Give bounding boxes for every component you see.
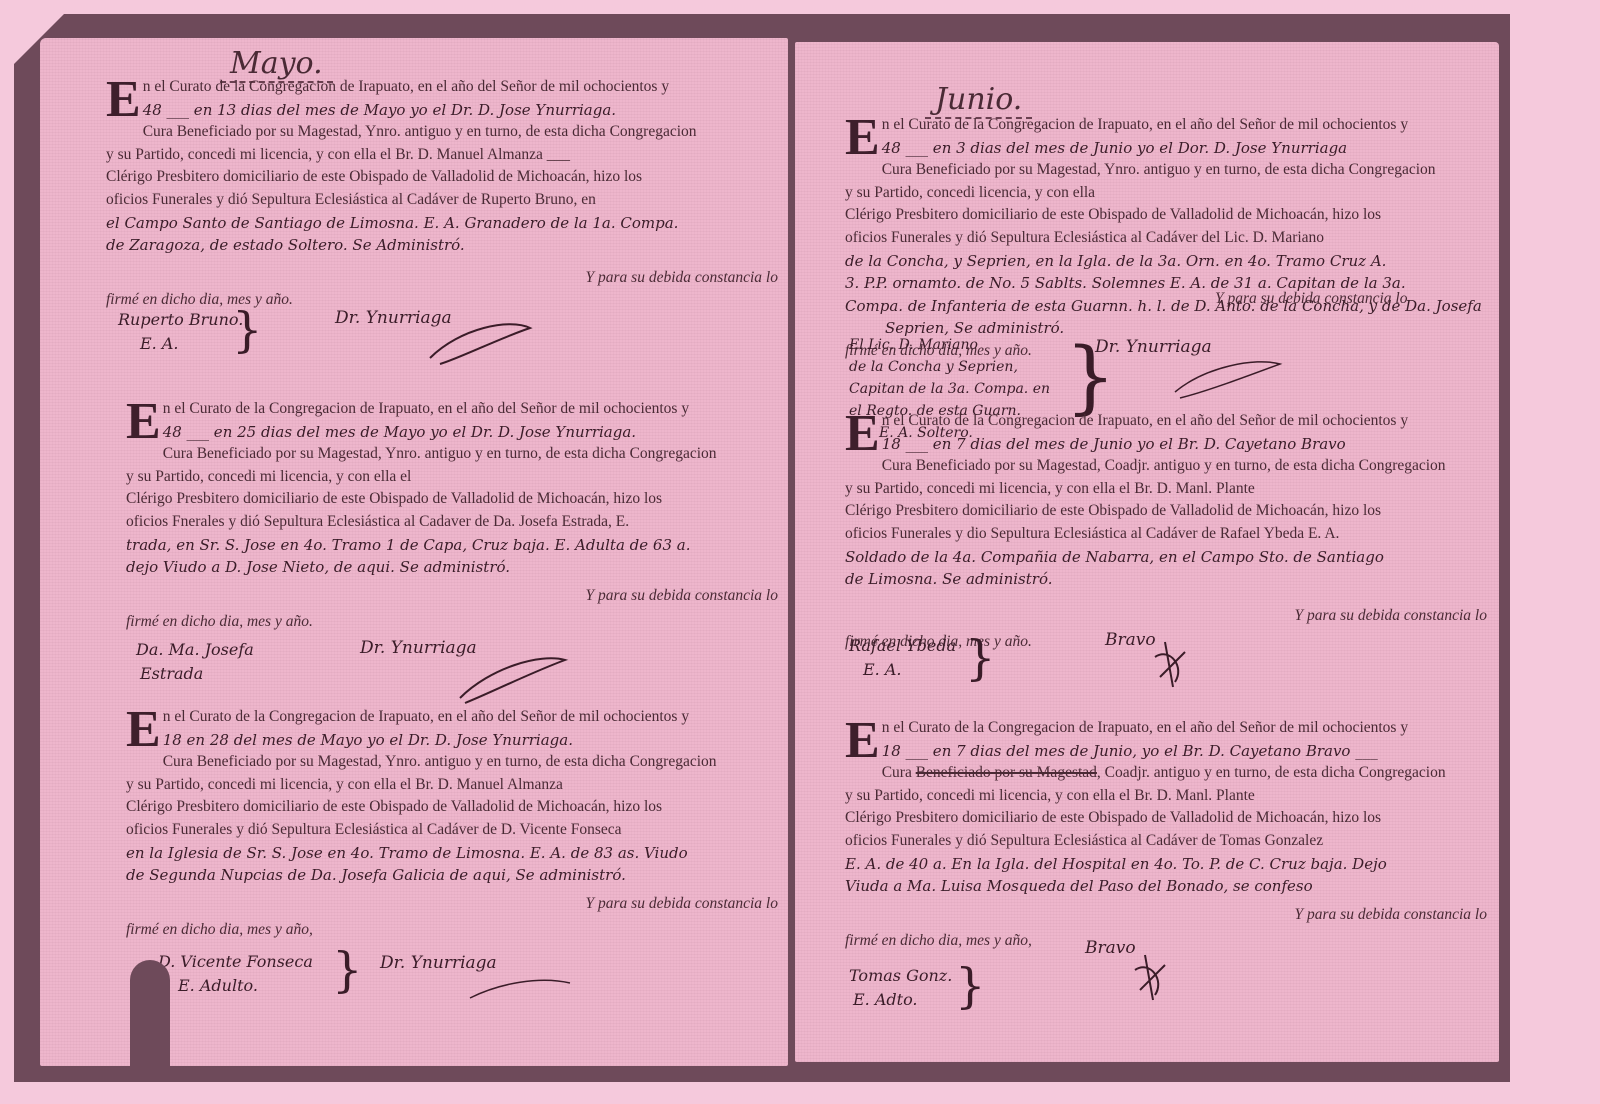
brace: }	[965, 634, 996, 682]
witness-signature: D. Vicente Fonseca E. Adulto.	[158, 950, 313, 998]
entry-line: 48 ___ en 13 dias del mes de Mayo yo el …	[106, 99, 786, 122]
entry-line: de Segunda Nupcias de Da. Josefa Galicia…	[126, 864, 786, 887]
entry-line: de Limosna. Se administró.	[845, 568, 1495, 591]
entry-line: n el Curato de la Congregacion de Irapua…	[845, 410, 1495, 433]
entry-line: oficios Funerales y dio Sepultura Eclesi…	[845, 523, 1495, 546]
burial-entry-1: E n el Curato de la Congregacion de Irap…	[845, 114, 1495, 363]
drop-cap: E	[845, 719, 880, 763]
entry-line: E. A. de 40 a. En la Igla. del Hospital …	[845, 853, 1495, 876]
entry-line: Clérigo Presbitero domiciliario de este …	[845, 807, 1495, 830]
drop-cap: E	[126, 400, 161, 444]
entry-line: y su Partido, concedi mi licencia, y con…	[106, 144, 786, 167]
entry-line: 18 ___ en 7 dias del mes de Junio yo el …	[845, 433, 1495, 456]
drop-cap: E	[126, 708, 161, 752]
entry-line: el Campo Santo de Santiago de Limosna. E…	[106, 212, 786, 235]
witness-signature: Da. Ma. Josefa Estrada	[136, 638, 254, 686]
entry-line: y su Partido, concedi licencia, y con el…	[845, 182, 1495, 205]
burial-entry-2: E n el Curato de la Congregacion de Irap…	[126, 398, 786, 634]
entry-line: Clérigo Presbitero domiciliario de este …	[126, 796, 786, 819]
closing-formula: Y para su debida constancia lo	[126, 585, 786, 608]
entry-line: 48 ___ en 25 dias del mes de Mayo yo el …	[126, 421, 786, 444]
brace: }	[232, 306, 263, 354]
entry-line: n el Curato de la Congregacion de Irapua…	[126, 398, 786, 421]
entry-line: oficios Funerales y dió Sepultura Eclesi…	[845, 830, 1495, 853]
entry-line: oficios Funerales y dió Sepultura Eclesi…	[845, 227, 1495, 250]
entry-line: de la Concha, y Seprien, en la Igla. de …	[845, 250, 1495, 273]
thumb-shadow	[130, 960, 170, 1066]
closing-formula: Y para su debida constancia lo	[126, 893, 786, 916]
closing-formula: Y para su debida constancia lo	[845, 605, 1495, 628]
signed-formula: firmé en dicho dia, mes y año,	[126, 919, 786, 942]
entry-line: oficios Fnerales y dió Sepultura Eclesiá…	[126, 511, 786, 534]
signature-rubric-icon	[1145, 637, 1195, 697]
burial-entry-3: E n el Curato de la Congregacion de Irap…	[845, 717, 1495, 953]
burial-entry-2: E n el Curato de la Congregacion de Irap…	[845, 410, 1495, 654]
drop-cap: E	[106, 78, 141, 122]
drop-cap: E	[845, 412, 880, 456]
entry-line: de Zaragoza, de estado Soltero. Se Admin…	[106, 234, 786, 257]
brace: }	[332, 946, 363, 994]
entry-line: y su Partido, concedi mi licencia, y con…	[845, 785, 1495, 808]
entry-line: dejo Viudo a D. Jose Nieto, de aqui. Se …	[126, 556, 786, 579]
witness-signature: Rafael Ybeda E. A.	[849, 634, 956, 682]
entry-line: oficios Funerales y dió Sepultura Eclesi…	[126, 819, 786, 842]
entry-line: y su Partido, concedi mi licencia, y con…	[126, 466, 786, 489]
entry-line: Clérigo Presbitero domiciliario de este …	[126, 488, 786, 511]
signature-flourish-icon	[450, 648, 570, 708]
entry-line: n el Curato de la Congregacion de Irapua…	[106, 76, 786, 99]
witness-signature: Tomas Gonz. E. Adto.	[849, 964, 952, 1012]
entry-line: Cura Beneficiado por su Magestad, Ynro. …	[126, 751, 786, 774]
brace: }	[955, 962, 986, 1010]
drop-cap: E	[845, 116, 880, 160]
entry-line: Cura Beneficiado por su Magestad, Ynro. …	[845, 159, 1495, 182]
entry-line: Cura Beneficiado por su Magestad, Coadjr…	[845, 455, 1495, 478]
entry-line: 48 ___ en 3 dias del mes de Junio yo el …	[845, 137, 1495, 160]
entry-line: Viuda a Ma. Luisa Mosqueda del Paso del …	[845, 875, 1495, 898]
entry-line: y su Partido, concedi mi licencia, y con…	[845, 478, 1495, 501]
entry-line: 18 ___ en 7 dias del mes de Junio, yo el…	[845, 740, 1495, 763]
entry-line: oficios Funerales y dió Sepultura Eclesi…	[106, 189, 786, 212]
entry-line: Cura Beneficiado por su Magestad, Coadjr…	[845, 762, 1495, 785]
entry-line: trada, en Sr. S. Jose en 4o. Tramo 1 de …	[126, 534, 786, 557]
closing-formula: Y para su debida constancia lo	[1215, 290, 1415, 308]
witness-signature: Ruperto Bruno. E. A.	[118, 308, 243, 356]
entry-line: n el Curato de la Congregacion de Irapua…	[845, 114, 1495, 137]
signature-flourish-icon	[460, 968, 580, 1008]
right-page: Junio. E n el Curato de la Congregacion …	[795, 42, 1499, 1062]
closing-formula: Y para su debida constancia lo	[845, 904, 1495, 927]
entry-line: 18 en 28 del mes de Mayo yo el Dr. D. Jo…	[126, 729, 786, 752]
signature-flourish-icon	[420, 318, 540, 368]
signature-flourish-icon	[1165, 352, 1285, 402]
signed-formula: firmé en dicho dia, mes y año.	[126, 611, 786, 634]
burial-entry-1: E n el Curato de la Congregacion de Irap…	[106, 76, 786, 312]
entry-line: Cura Beneficiado por su Magestad, Ynro. …	[126, 443, 786, 466]
burial-entry-3: E n el Curato de la Congregacion de Irap…	[126, 706, 786, 942]
entry-line: n el Curato de la Congregacion de Irapua…	[845, 717, 1495, 740]
entry-line: n el Curato de la Congregacion de Irapua…	[126, 706, 786, 729]
entry-line: y su Partido, concedi mi licencia, y con…	[126, 774, 786, 797]
entry-line: en la Iglesia de Sr. S. Jose en 4o. Tram…	[126, 842, 786, 865]
signature-rubric-icon	[1125, 950, 1175, 1010]
closing-formula: Y para su debida constancia lo	[106, 267, 786, 290]
left-page: Mayo. E n el Curato de la Congregacion d…	[40, 38, 788, 1066]
entry-line: Soldado de la 4a. Compañia de Nabarra, e…	[845, 546, 1495, 569]
entry-line: Clérigo Presbitero domiciliario de este …	[106, 166, 786, 189]
entry-line: Cura Beneficiado por su Magestad, Ynro. …	[106, 121, 786, 144]
entry-line: Clérigo Presbitero domiciliario de este …	[845, 500, 1495, 523]
entry-line: Clérigo Presbitero domiciliario de este …	[845, 204, 1495, 227]
struck-text: Beneficiado por su Magestad	[916, 764, 1097, 781]
